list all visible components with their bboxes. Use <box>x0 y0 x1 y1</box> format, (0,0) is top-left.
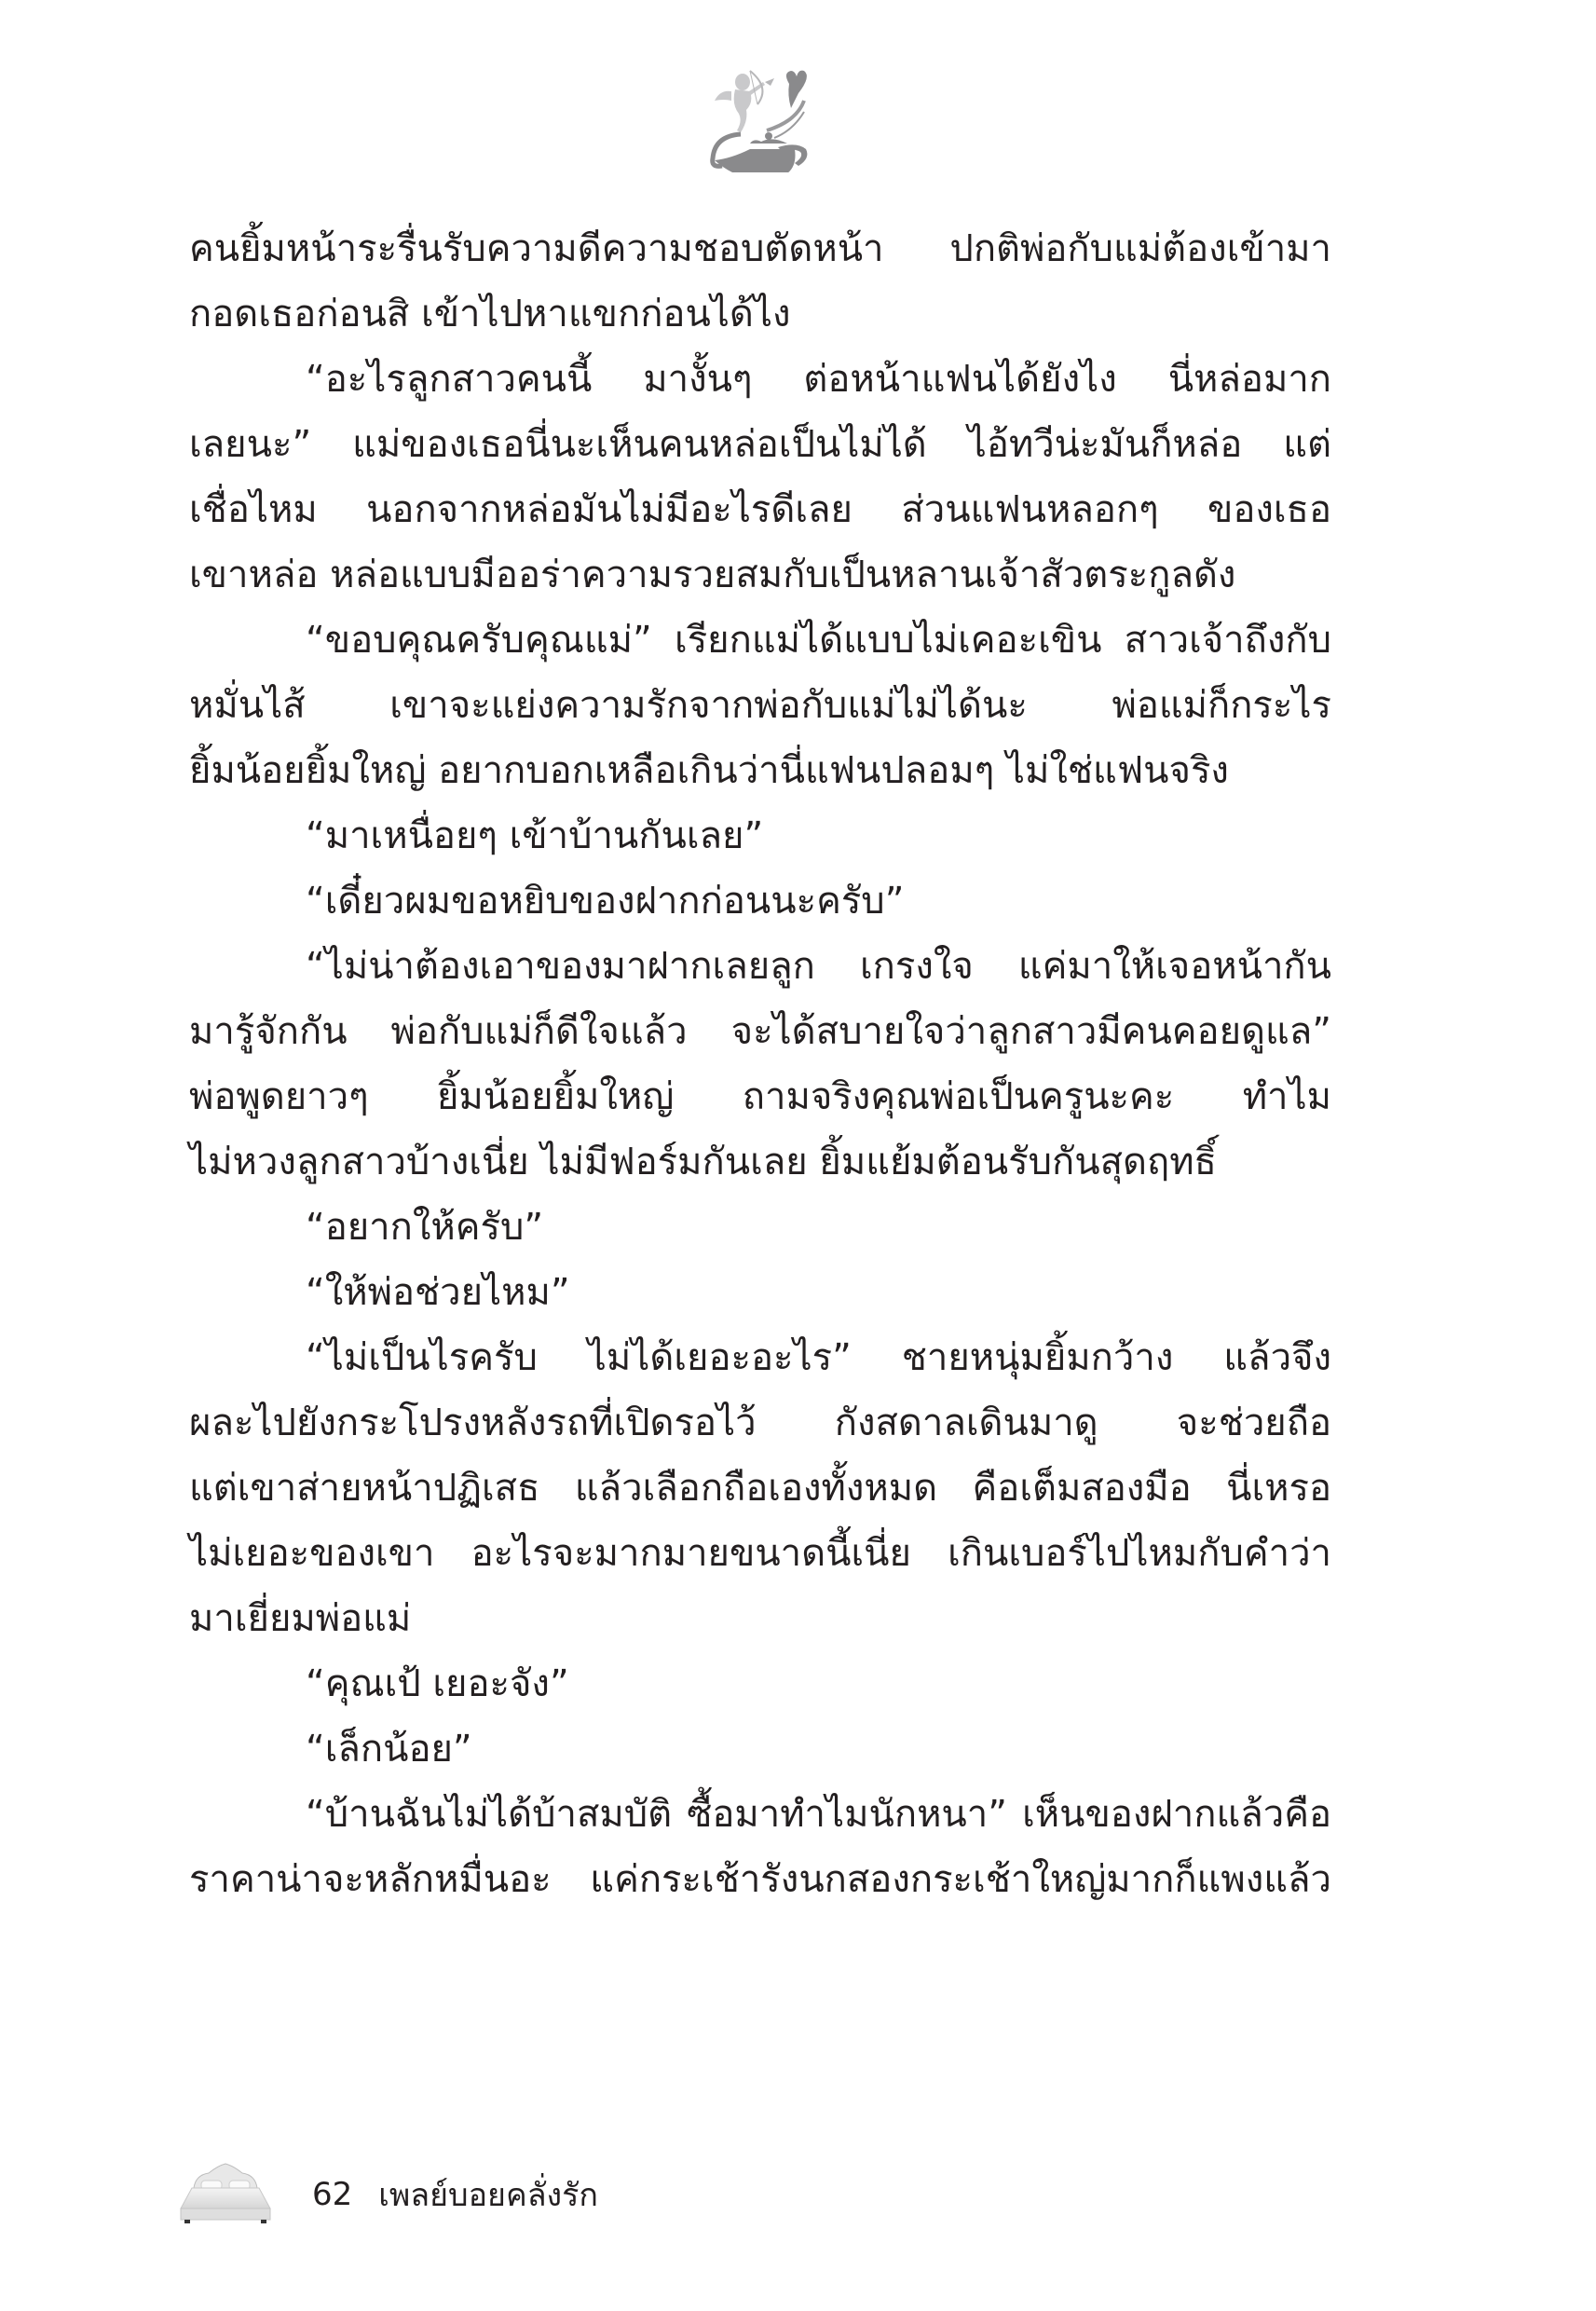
cupid-lamp-icon <box>694 56 815 172</box>
paragraph-line: “เล็กน้อย” <box>189 1716 1331 1782</box>
paragraph-line: “ขอบคุณครับคุณแม่” เรียกแม่ได้แบบไม่เคอะ… <box>189 608 1331 673</box>
paragraph-line: เขาหล่อ หล่อแบบมีออร่าความรวยสมกับเป็นหล… <box>189 542 1331 608</box>
paragraph-line: หมั่นไส้ เขาจะแย่งความรักจากพ่อกับแม่ไม่… <box>189 673 1331 738</box>
paragraph-line: “คุณเป้ เยอะจัง” <box>189 1651 1331 1716</box>
paragraph-line: “เดี๋ยวผมขอหยิบของฝากก่อนนะครับ” <box>189 868 1331 934</box>
paragraph-line: “มาเหนื่อยๆ เข้าบ้านกันเลย” <box>189 803 1331 868</box>
body-text: คนยิ้มหน้าระรื่นรับความดีความชอบตัดหน้า … <box>189 216 1331 1912</box>
paragraph-line: “ให้พ่อช่วยไหม” <box>189 1260 1331 1325</box>
paragraph-line: กอดเธอก่อนสิ เข้าไปหาแขกก่อนได้ไง <box>189 281 1331 347</box>
page-number: 62 <box>312 2176 352 2213</box>
paragraph-line: ยิ้มน้อยยิ้มใหญ่ อยากบอกเหลือเกินว่านี่แ… <box>189 738 1331 803</box>
book-title: เพลย์บอยคลั่งรัก <box>378 2169 598 2220</box>
paragraph-line: เลยนะ” แม่ของเธอนี่นะเห็นคนหล่อเป็นไม่ได… <box>189 412 1331 477</box>
paragraph-line: ผละไปยังกระโปรงหลังรถที่เปิดรอไว้ กังสดา… <box>189 1390 1331 1456</box>
paragraph-line: คนยิ้มหน้าระรื่นรับความดีความชอบตัดหน้า … <box>189 216 1331 281</box>
paragraph-line: “ไม่น่าต้องเอาของมาฝากเลยลูก เกรงใจ แค่ม… <box>189 934 1331 999</box>
paragraph-line: ไม่หวงลูกสาวบ้างเนี่ย ไม่มีฟอร์มกันเลย ย… <box>189 1129 1331 1195</box>
page-footer: 62 เพลย์บอยคลั่งรัก <box>177 2153 829 2236</box>
paragraph-line: “อะไรลูกสาวคนนี้ มางั้นๆ ต่อหน้าแฟนได้ยั… <box>189 347 1331 412</box>
paragraph-line: “บ้านฉันไม่ได้บ้าสมบัติ ซื้อมาทำไมนักหนา… <box>189 1782 1331 1847</box>
paragraph-line: เชื่อไหม นอกจากหล่อมันไม่มีอะไรดีเลย ส่ว… <box>189 477 1331 542</box>
paragraph-line: ราคาน่าจะหลักหมื่นอะ แค่กระเช้ารังนกสองก… <box>189 1847 1331 1912</box>
paragraph-line: พ่อพูดยาวๆ ยิ้มน้อยยิ้มใหญ่ ถามจริงคุณพ่… <box>189 1064 1331 1129</box>
paragraph-line: “อยากให้ครับ” <box>189 1195 1331 1260</box>
paragraph-line: มาเยี่ยมพ่อแม่ <box>189 1586 1331 1651</box>
paragraph-line: ไม่เยอะของเขา อะไรจะมากมายขนาดนี้เนี่ย เ… <box>189 1521 1331 1586</box>
bed-icon <box>177 2162 275 2227</box>
paragraph-line: “ไม่เป็นไรครับ ไม่ได้เยอะอะไร” ชายหนุ่มย… <box>189 1325 1331 1390</box>
book-page: คนยิ้มหน้าระรื่นรับความดีความชอบตัดหน้า … <box>0 0 1596 2311</box>
paragraph-line: มารู้จักกัน พ่อกับแม่ก็ดีใจแล้ว จะได้สบา… <box>189 999 1331 1064</box>
paragraph-line: แต่เขาส่ายหน้าปฏิเสธ แล้วเลือกถือเองทั้ง… <box>189 1456 1331 1521</box>
